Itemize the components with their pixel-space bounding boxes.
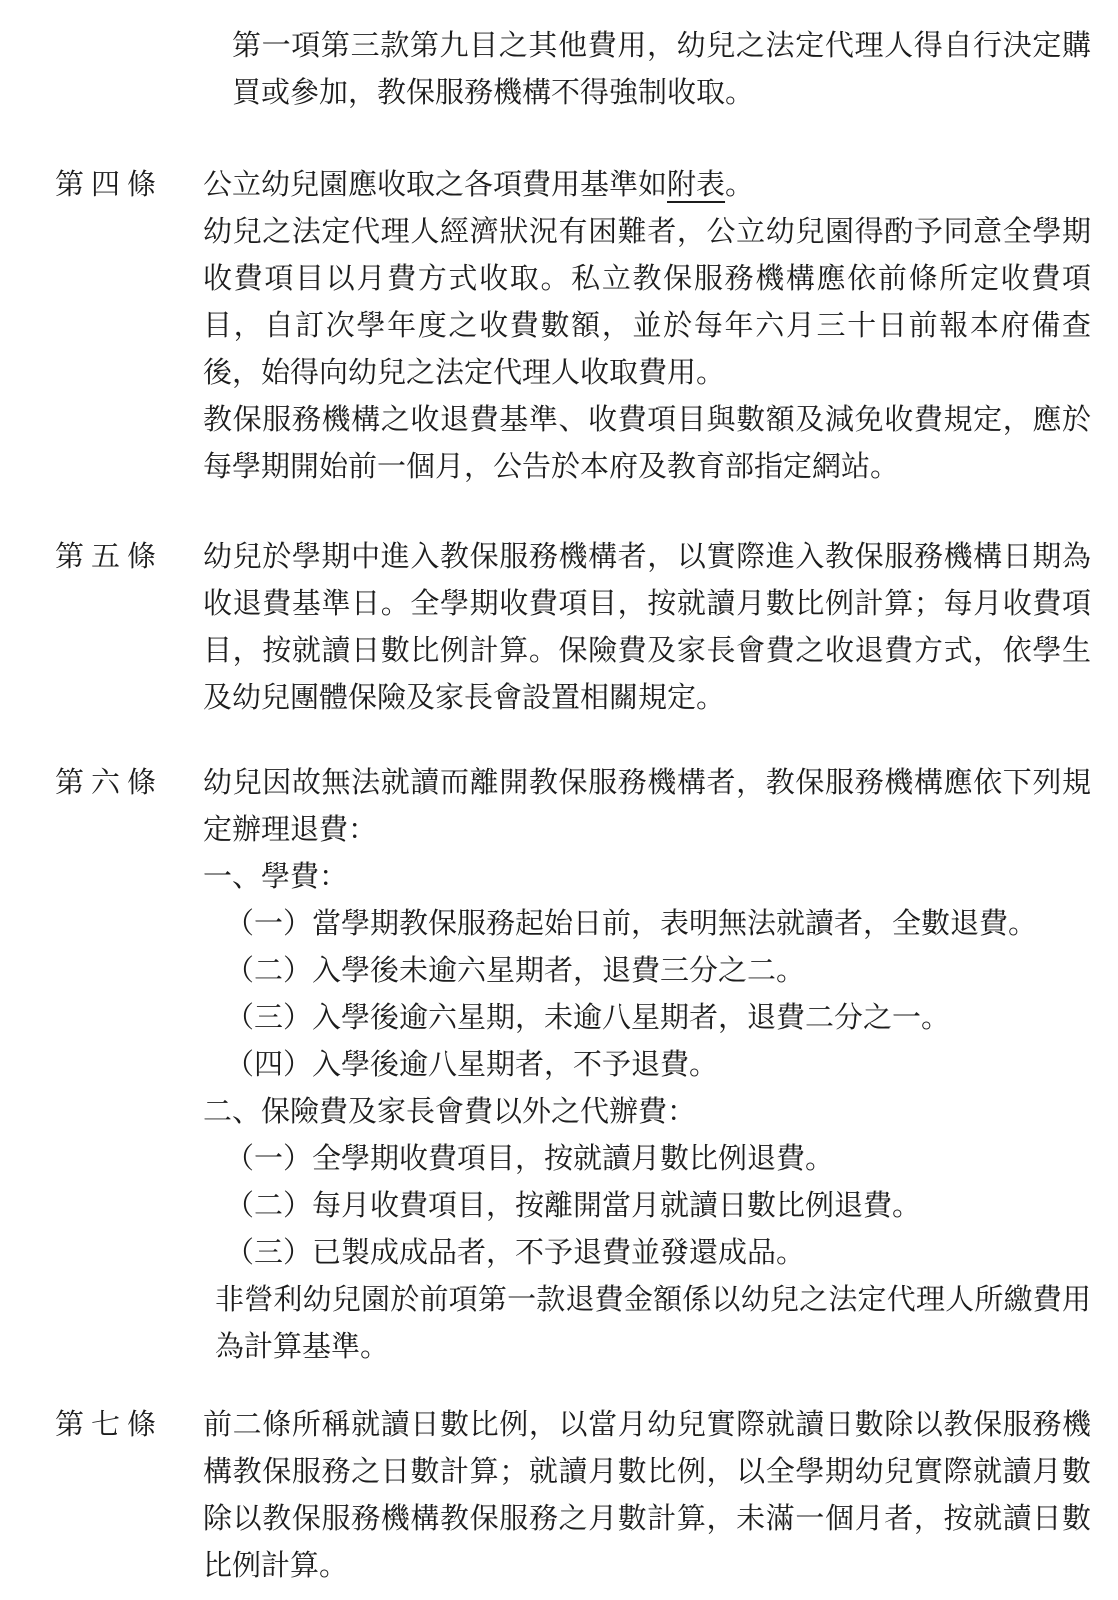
article-6-item-1-sub-2: （二）入學後未逾六星期者，退費三分之二。: [203, 947, 1091, 994]
article-4-body: 公立幼兒園應收取之各項費用基準如附表。 幼兒之法定代理人經濟狀況有困難者，公立幼…: [203, 161, 1091, 490]
article-4-number: 第四條: [55, 161, 203, 208]
article-6-item-2-header: 二、保險費及家長會費以外之代辦費：: [203, 1088, 1091, 1135]
article-6-item-2-sub-3: （三）已製成成品者，不予退費並發還成品。: [203, 1229, 1091, 1276]
article-6-item-1-header: 一、學費：: [203, 853, 1091, 900]
article-6-body: 幼兒因故無法就讀而離開教保服務機構者，教保服務機構應依下列規定辦理退費： 一、學…: [203, 759, 1091, 1370]
article-6-item-1-sub-4: （四）入學後逾八星期者，不予退費。: [203, 1041, 1091, 1088]
article-5-paragraph-1: 幼兒於學期中進入教保服務機構者，以實際進入教保服務機構日期為收退費基準日。全學期…: [203, 533, 1091, 721]
article-4-paragraph-3: 教保服務機構之收退費基準、收費項目與數額及減免收費規定，應於每學期開始前一個月，…: [203, 396, 1091, 490]
article-4-paragraph-1: 公立幼兒園應收取之各項費用基準如附表。: [203, 161, 1091, 208]
article-4-paragraph-2: 幼兒之法定代理人經濟狀況有困難者，公立幼兒園得酌予同意全學期收費項目以月費方式收…: [203, 208, 1091, 396]
article-7-number: 第七條: [55, 1401, 203, 1448]
article-6-paragraph-1: 幼兒因故無法就讀而離開教保服務機構者，教保服務機構應依下列規定辦理退費：: [203, 759, 1091, 853]
article-6-closing-paragraph: 非營利幼兒園於前項第一款退費金額係以幼兒之法定代理人所繳費用為計算基準。: [203, 1276, 1091, 1370]
article-5: 第五條 幼兒於學期中進入教保服務機構者，以實際進入教保服務機構日期為收退費基準日…: [0, 533, 1118, 721]
article-4: 第四條 公立幼兒園應收取之各項費用基準如附表。 幼兒之法定代理人經濟狀況有困難者…: [0, 161, 1118, 490]
article-6-item-2-sub-2: （二）每月收費項目，按離開當月就讀日數比例退費。: [203, 1182, 1091, 1229]
article-6-item-1-sub-1: （一）當學期教保服務起始日前，表明無法就讀者，全數退費。: [203, 900, 1091, 947]
article-7: 第七條 前二條所稱就讀日數比例，以當月幼兒實際就讀日數除以教保服務機構教保服務之…: [0, 1401, 1118, 1589]
article-6: 第六條 幼兒因故無法就讀而離開教保服務機構者，教保服務機構應依下列規定辦理退費：…: [0, 759, 1118, 1370]
article-6-number: 第六條: [55, 759, 203, 806]
fee-schedule-link[interactable]: 附表: [667, 167, 725, 201]
article-5-body: 幼兒於學期中進入教保服務機構者，以實際進入教保服務機構日期為收退費基準日。全學期…: [203, 533, 1091, 721]
document-page: 第一項第三款第九目之其他費用，幼兒之法定代理人得自行決定購買或參加，教保服務機構…: [0, 0, 1118, 1600]
article-4-paragraph-1-period: 。: [725, 167, 754, 201]
article-6-item-1-sub-3: （三）入學後逾六星期，未逾八星期者，退費二分之一。: [203, 994, 1091, 1041]
article-7-paragraph-1: 前二條所稱就讀日數比例，以當月幼兒實際就讀日數除以教保服務機構教保服務之日數計算…: [203, 1401, 1091, 1589]
article-4-paragraph-1-text: 公立幼兒園應收取之各項費用基準如: [203, 167, 667, 201]
article-7-body: 前二條所稱就讀日數比例，以當月幼兒實際就讀日數除以教保服務機構教保服務之日數計算…: [203, 1401, 1091, 1589]
continuation-paragraph: 第一項第三款第九目之其他費用，幼兒之法定代理人得自行決定購買或參加，教保服務機構…: [232, 22, 1091, 116]
article-5-number: 第五條: [55, 533, 203, 580]
article-6-item-2-sub-1: （一）全學期收費項目，按就讀月數比例退費。: [203, 1135, 1091, 1182]
